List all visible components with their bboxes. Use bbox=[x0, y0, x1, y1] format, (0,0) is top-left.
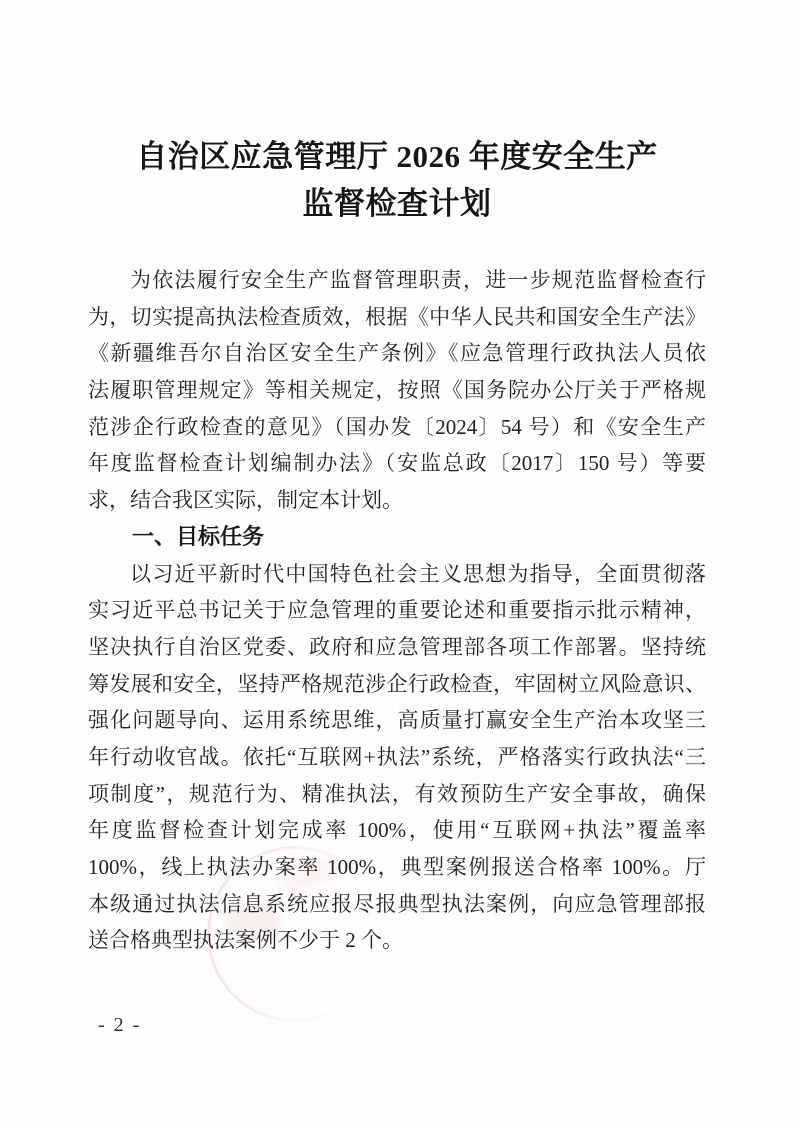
paragraph2-line: 以习近平新时代中国特色社会主义思想为指导，全面贯彻落 bbox=[88, 556, 706, 593]
paragraph2-line: 年度监督检查计划完成率 100%，使用“互联网+执法”覆盖率 bbox=[88, 812, 706, 849]
paragraph2-line: 年行动收官战。依托“互联网+执法”系统，严格落实行政执法“三 bbox=[88, 739, 706, 776]
paragraph1-line: 为依法履行安全生产监督管理职责，进一步规范监督检查行 bbox=[88, 262, 706, 299]
paragraph2-line: 100%，线上执法办案率 100%，典型案例报送合格率 100%。厅 bbox=[88, 849, 706, 886]
title-line: 监督检查计划 bbox=[88, 180, 706, 227]
document-body: 为依法履行安全生产监督管理职责，进一步规范监督检查行 为，切实提高执法检查质效，… bbox=[88, 262, 706, 959]
paragraph2-line: 筹发展和安全，坚持严格规范涉企行政检查，牢固树立风险意识、 bbox=[88, 666, 706, 703]
paragraph1-line: 范涉企行政检查的意见》（国办发〔2024〕54 号）和《安全生产 bbox=[88, 409, 706, 446]
section-heading: 一、目标任务 bbox=[88, 519, 706, 556]
document-title: 自治区应急管理厅 2026 年度安全生产 监督检查计划 bbox=[88, 133, 706, 227]
paragraph2-line: 强化问题导向、运用系统思维，高质量打赢安全生产治本攻坚三 bbox=[88, 702, 706, 739]
paragraph2-line: 坚决执行自治区党委、政府和应急管理部各项工作部署。坚持统 bbox=[88, 629, 706, 666]
paragraph2-line: 项制度”，规范行为、精准执法，有效预防生产安全事故，确保 bbox=[88, 776, 706, 813]
paragraph1-line: 《新疆维吾尔自治区安全生产条例》《应急管理行政执法人员依 bbox=[88, 335, 706, 372]
paragraph1-line: 求，结合我区实际，制定本计划。 bbox=[88, 482, 706, 519]
paragraph1-line: 为，切实提高执法检查质效，根据《中华人民共和国安全生产法》 bbox=[88, 299, 706, 336]
title-line: 自治区应急管理厅 2026 年度安全生产 bbox=[88, 133, 706, 180]
document-page: 自治区应急管理厅 2026 年度安全生产 监督检查计划 为依法履行安全生产监督管… bbox=[0, 0, 794, 1122]
page-number: - 2 - bbox=[98, 1014, 141, 1037]
paragraph2-line: 送合格典型执法案例不少于 2 个。 bbox=[88, 922, 706, 959]
paragraph1-line: 年度监督检查计划编制办法》（安监总政〔2017〕150 号）等要 bbox=[88, 445, 706, 482]
paragraph1-line: 法履职管理规定》等相关规定，按照《国务院办公厅关于严格规 bbox=[88, 372, 706, 409]
paragraph2-line: 本级通过执法信息系统应报尽报典型执法案例，向应急管理部报 bbox=[88, 886, 706, 923]
paragraph2-line: 实习近平总书记关于应急管理的重要论述和重要指示批示精神， bbox=[88, 592, 706, 629]
